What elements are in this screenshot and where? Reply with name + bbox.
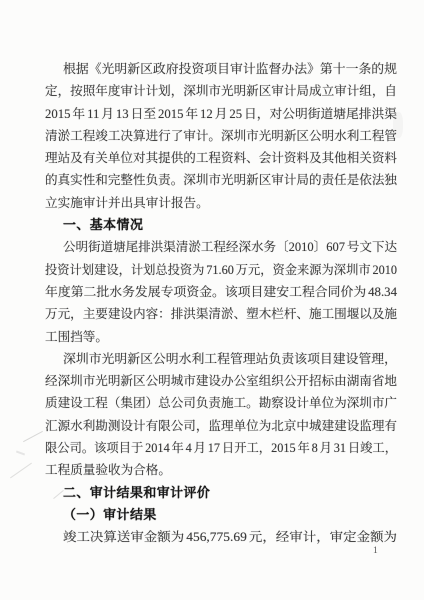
text-line-content: 工程质量验收为合格。 (45, 459, 171, 481)
text-line: 工围挡等。 (45, 326, 397, 348)
text-line: 立实施审计并出具审计报告。 (45, 192, 397, 214)
text-line: （一）审计结果 (45, 504, 397, 526)
text-line: 的真实性和完整性负责。深圳市光明新区审计局的责任是依法独 (45, 169, 397, 191)
text-line-content: 汇源水利勘测设计有限公司，监理单位为北京中城建建设监理有 (45, 415, 397, 437)
text-line-content: 限公司。该项目于 2014 年 4 月 17 日开工，2015 年 8 月 31… (45, 437, 397, 459)
text-line-content: 质建设工程（集团）总公司负责施工。勘察设计单位为深圳市广 (45, 392, 397, 414)
text-line: 限公司。该项目于 2014 年 4 月 17 日开工，2015 年 8 月 31… (45, 437, 397, 459)
text-line-content: 深圳市光明新区公明水利工程管理站负责该项目建设管理， (63, 348, 397, 370)
text-line: 万元，主要建设内容：排洪渠清淤、塑木栏杆、施工围堰以及施 (45, 303, 397, 325)
text-line: 理站及有关单位对其提供的工程资料、会计资料及其他相关资料 (45, 147, 397, 169)
scan-smudge-mark (23, 431, 43, 442)
text-line-content: 定，按照年度审计计划，深圳市光明新区审计局成立审计组，自 (45, 80, 397, 102)
text-line: 根据《光明新区政府投资项目审计监督办法》第十一条的规 (45, 58, 397, 80)
text-line: 定，按照年度审计计划，深圳市光明新区审计局成立审计组，自 (45, 80, 397, 102)
scan-smudge-mark (10, 463, 32, 479)
section-heading: 一、基本情况 (45, 214, 397, 236)
text-line: 一、基本情况 (45, 214, 397, 236)
text-line: 二、审计结果和审计评价 (45, 482, 397, 504)
text-line: 经深圳市光明新区公明城市建设办公室组织公开招标由湖南省地 (45, 370, 397, 392)
paragraph: 根据《光明新区政府投资项目审计监督办法》第十一条的规定，按照年度审计计划，深圳市… (45, 58, 397, 214)
section-heading: （一）审计结果 (45, 504, 397, 526)
text-line-content: 2015 年 11 月 13 日至 2015 年 12 月 25 日，对公明街道… (45, 103, 397, 125)
paragraph: 竣工决算送审金额为 456,775.69 元，经审计，审定金额为 (45, 526, 397, 548)
scan-smudge-mark (16, 451, 25, 456)
text-line: 2015 年 11 月 13 日至 2015 年 12 月 25 日，对公明街道… (45, 103, 397, 125)
text-line: 投资计划建设，计划总投资为 71.60 万元，资金来源为深圳市 2010 (45, 259, 397, 281)
text-line: 竣工决算送审金额为 456,775.69 元，经审计，审定金额为 (45, 526, 397, 548)
text-line-content: 年度第二批水务发展专项资金。该项目建安工程合同价为 48.34 (45, 281, 397, 303)
paragraph: 深圳市光明新区公明水利工程管理站负责该项目建设管理，经深圳市光明新区公明城市建设… (45, 348, 397, 482)
text-line-content: 立实施审计并出具审计报告。 (45, 192, 209, 214)
text-line-content: 二、审计结果和审计评价 (63, 482, 210, 504)
text-line: 工程质量验收为合格。 (45, 459, 397, 481)
page-number: 1 (373, 546, 378, 556)
text-line: 清淤工程竣工决算进行了审计。深圳市光明新区公明水利工程管 (45, 125, 397, 147)
text-line-content: 万元，主要建设内容：排洪渠清淤、塑木栏杆、施工围堰以及施 (45, 303, 397, 325)
text-line: 公明街道塘尾排洪渠清淤工程经深水务〔2010〕607 号文下达 (45, 236, 397, 258)
scanned-document-page: 根据《光明新区政府投资项目审计监督办法》第十一条的规定，按照年度审计计划，深圳市… (0, 0, 424, 600)
text-line-content: 竣工决算送审金额为 456,775.69 元，经审计，审定金额为 (63, 526, 397, 548)
text-line-content: 清淤工程竣工决算进行了审计。深圳市光明新区公明水利工程管 (45, 125, 397, 147)
text-line: 汇源水利勘测设计有限公司，监理单位为北京中城建建设监理有 (45, 415, 397, 437)
text-line: 年度第二批水务发展专项资金。该项目建安工程合同价为 48.34 (45, 281, 397, 303)
text-line-content: 公明街道塘尾排洪渠清淤工程经深水务〔2010〕607 号文下达 (63, 236, 397, 258)
paragraph: 公明街道塘尾排洪渠清淤工程经深水务〔2010〕607 号文下达投资计划建设，计划… (45, 236, 397, 347)
text-line-content: 工围挡等。 (45, 326, 108, 348)
text-line-content: 理站及有关单位对其提供的工程资料、会计资料及其他相关资料 (45, 147, 397, 169)
text-line: 深圳市光明新区公明水利工程管理站负责该项目建设管理， (45, 348, 397, 370)
text-line-content: 投资计划建设，计划总投资为 71.60 万元，资金来源为深圳市 2010 (45, 259, 397, 281)
text-line: 质建设工程（集团）总公司负责施工。勘察设计单位为深圳市广 (45, 392, 397, 414)
text-line-content: （一）审计结果 (63, 504, 157, 526)
document-text-body: 根据《光明新区政府投资项目审计监督办法》第十一条的规定，按照年度审计计划，深圳市… (45, 58, 397, 549)
text-line-content: 一、基本情况 (63, 214, 143, 236)
section-heading: 二、审计结果和审计评价 (45, 482, 397, 504)
text-line-content: 根据《光明新区政府投资项目审计监督办法》第十一条的规 (63, 58, 397, 80)
text-line-content: 的真实性和完整性负责。深圳市光明新区审计局的责任是依法独 (45, 169, 397, 191)
text-line-content: 经深圳市光明新区公明城市建设办公室组织公开招标由湖南省地 (45, 370, 397, 392)
